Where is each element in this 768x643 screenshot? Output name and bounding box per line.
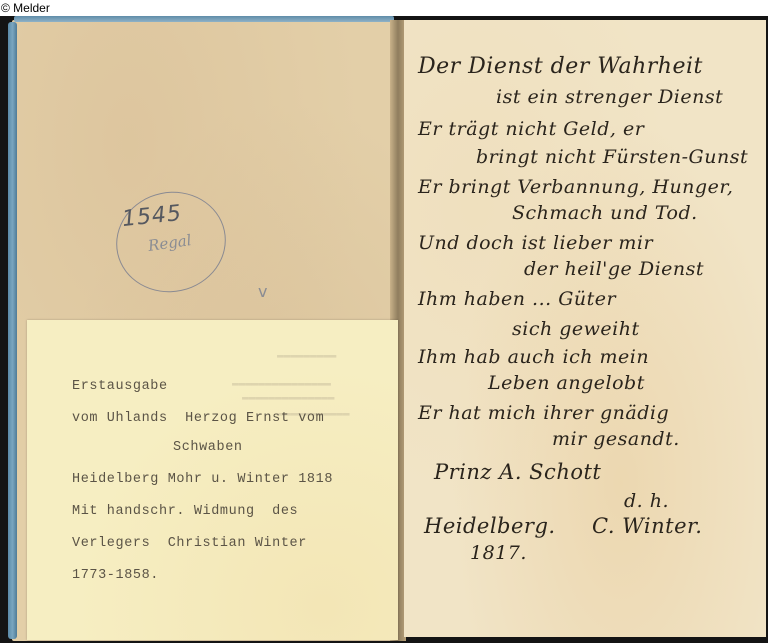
label-line-title-cont: Schwaben (173, 440, 243, 455)
handwriting-line: Leben angelobt (488, 372, 645, 394)
label-line-edition: Erstausgabe (72, 379, 168, 394)
handwriting-line: Ihm hab auch ich mein (418, 346, 649, 368)
handwriting-line: bringt nicht Fürsten-Gunst (476, 146, 748, 168)
signature-abbrev: d. h. (624, 490, 669, 512)
handwriting-line: sich geweiht (512, 318, 640, 340)
label-line-publisher: Heidelberg Mohr u. Winter 1818 (72, 472, 333, 487)
handwriting-line: Er bringt Verbannung, Hunger, (418, 176, 733, 198)
book-photograph: 1545 Regal v ▬▬▬▬▬▬▬▬▬ ▬▬▬▬▬▬▬▬▬▬▬▬▬▬▬ ▬… (0, 16, 768, 643)
handwriting-line: Ihm haben ... Güter (418, 288, 616, 310)
label-line-dedication-note: Mit handschr. Widmung des (72, 504, 298, 519)
pencil-tick-mark: v (258, 282, 267, 301)
handwriting-line: Und doch ist lieber mir (418, 232, 653, 254)
handwriting-line: Der Dienst der Wahrheit (418, 54, 703, 79)
handwriting-line: Er hat mich ihrer gnädig (418, 402, 669, 424)
show-through-text: ▬▬▬▬▬▬▬▬▬▬▬▬▬▬▬ (232, 378, 331, 390)
show-through-text: ▬▬▬▬▬▬▬▬▬▬▬▬▬▬ (242, 392, 334, 404)
label-line-publisher-name: Verlegers Christian Winter (72, 536, 307, 551)
show-through-text: ▬▬▬▬▬▬▬▬▬ (277, 350, 336, 362)
handwriting-line: Er trägt nicht Geld, er (418, 118, 644, 140)
cover-blue-edge (8, 22, 17, 639)
label-line-years: 1773-1858. (72, 568, 159, 583)
signature-name: Prinz A. Schott (434, 460, 601, 484)
right-page-dedication: Der Dienst der Wahrheit ist ein strenger… (404, 20, 766, 637)
handwriting-line: mir gesandt. (552, 428, 680, 450)
cover-top-edge (14, 16, 394, 22)
photo-credit: © Melder (0, 0, 50, 16)
signature-year: 1817. (470, 542, 527, 564)
signature-winter: C. Winter. (592, 514, 702, 538)
handwriting-line: Schmach und Tod. (512, 202, 698, 224)
typed-label-card: ▬▬▬▬▬▬▬▬▬ ▬▬▬▬▬▬▬▬▬▬▬▬▬▬▬ ▬▬▬▬▬▬▬▬▬▬▬▬▬▬… (27, 320, 398, 640)
signature-place: Heidelberg. (424, 514, 556, 538)
handwriting-line: der heil'ge Dienst (524, 258, 704, 280)
handwriting-line: ist ein strenger Dienst (496, 86, 723, 108)
label-line-title: vom Uhlands Herzog Ernst vom (72, 411, 324, 426)
